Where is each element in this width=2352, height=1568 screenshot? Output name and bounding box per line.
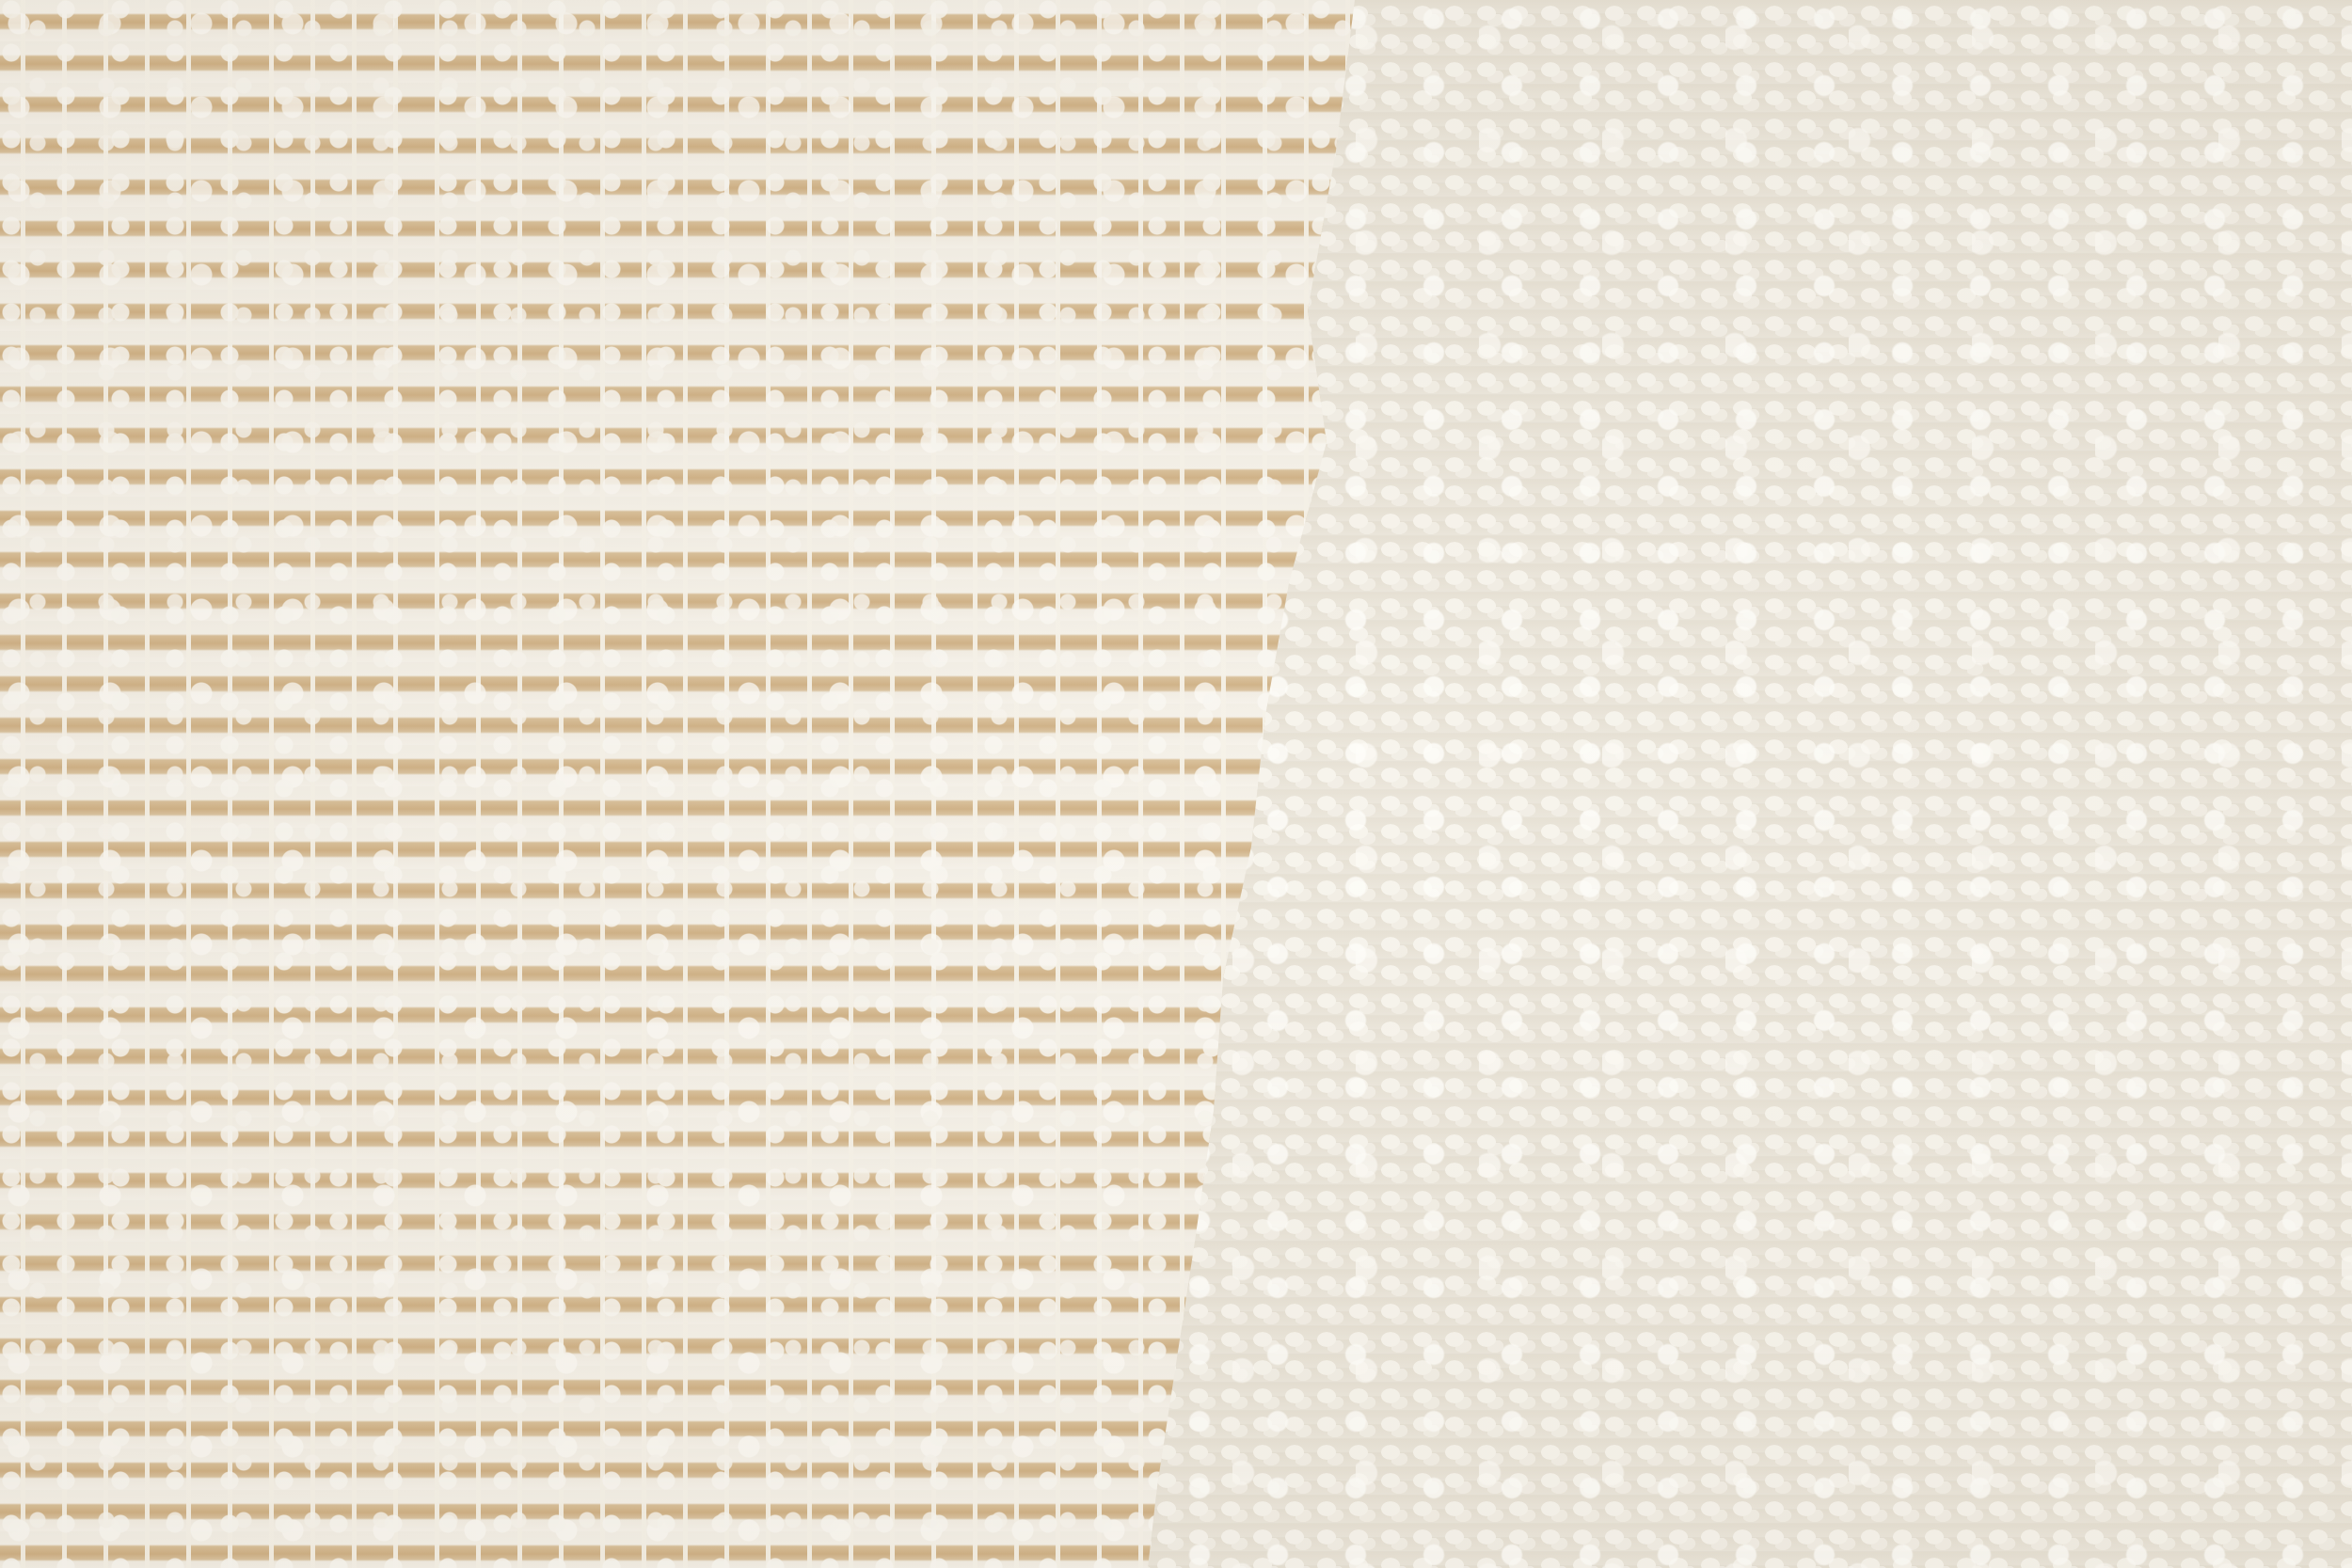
rug-texture-photo: Close-up of handwoven rug texture: jute … — [0, 0, 2352, 1568]
